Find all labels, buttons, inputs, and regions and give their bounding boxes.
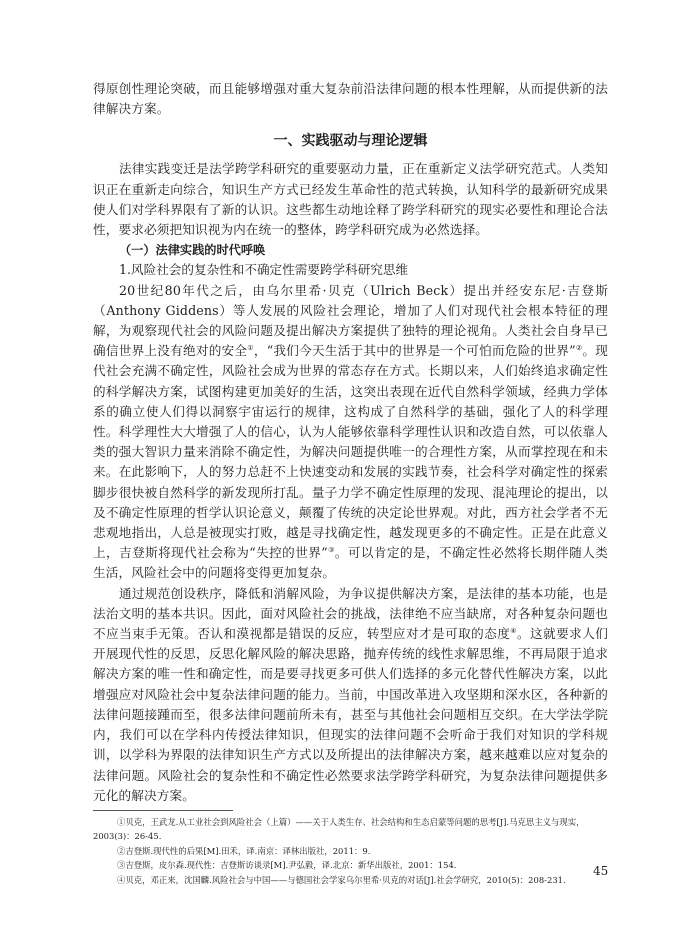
footnote-ref-3[interactable]: ③ xyxy=(328,546,335,554)
footnote-2: ②吉登斯.现代性的后果[M].田禾，译.南京：译林出版社，2011：9. xyxy=(93,844,608,859)
opening-paragraph: 得原创性理论突破，而且能够增强对重大复杂前沿法律问题的根本性理解，从而提供新的法… xyxy=(93,79,608,119)
section-title: 一、实践驱动与理论逻辑 xyxy=(93,131,608,151)
footnote-1: ①贝克，王武龙.从工业社会到风险社会（上篇）——关于人类生存、社会结构和生态启蒙… xyxy=(93,815,608,844)
subsection-title: （一）法律实践的时代呼唤 xyxy=(93,240,608,260)
page-body: 得原创性理论突破，而且能够增强对重大复杂前沿法律问题的根本性理解，从而提供新的法… xyxy=(93,79,608,887)
paragraph-text: ，“我们今天生活于其中的世界是一个可怕而危险的世界” xyxy=(254,343,576,358)
footnote-divider xyxy=(93,810,233,811)
body-paragraph-risk-society: 20世纪80年代之后，由乌尔里希·贝克（Ulrich Beck）提出并经安东尼·… xyxy=(93,281,608,584)
intro-paragraph: 法律实践变迁是法学跨学科研究的重要驱动力量，正在重新定义法学研究范式。人类知识正… xyxy=(93,159,608,240)
footnote-ref-4[interactable]: ④ xyxy=(510,627,517,635)
paragraph-text: 。现代社会充满不确定性，风险社会成为世界的常态存在方式。长期以来，人们始终追求确… xyxy=(93,343,608,560)
paragraph-text: 。这就要求人们开展现代性的反思，反思化解风险的解决思路，抛弃传统的线性求解思维，… xyxy=(93,626,608,803)
body-paragraph-law-function: 通过规范创设秩序，降低和消解风险，为争议提供解决方案，是法律的基本功能，也是法治… xyxy=(93,584,608,806)
page-number: 45 xyxy=(593,864,608,878)
subsubsection-title: 1.风险社会的复杂性和不确定性需要跨学科研究思维 xyxy=(93,260,608,280)
footnote-3: ③吉登斯，皮尔森.现代性：吉登斯访谈录[M].尹弘毅，译.北京：新华出版社，20… xyxy=(93,858,608,873)
footnotes: ①贝克，王武龙.从工业社会到风险社会（上篇）——关于人类生存、社会结构和生态启蒙… xyxy=(93,815,608,888)
footnote-4: ④贝克，邓正来，沈国麟.风险社会与中国——与德国社会学家乌尔里希·贝克的对话[J… xyxy=(93,873,608,888)
